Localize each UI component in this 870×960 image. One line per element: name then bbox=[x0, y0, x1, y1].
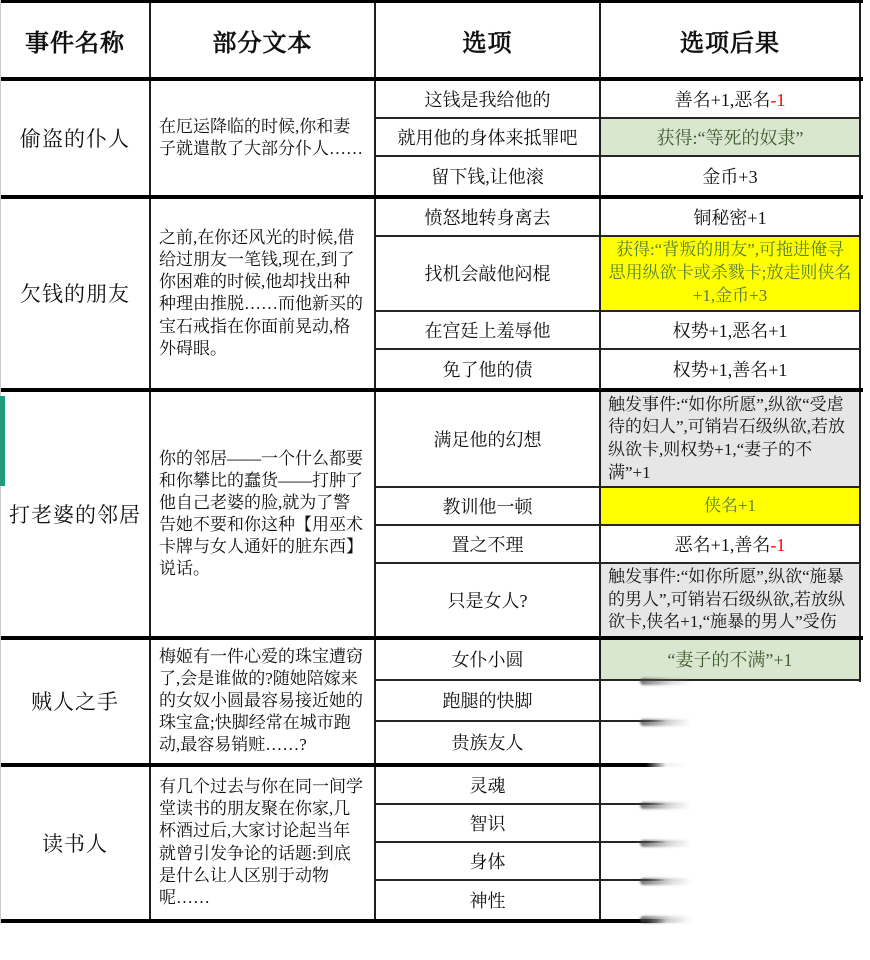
result-cell: 善名+1,恶名-1 bbox=[601, 81, 861, 119]
event-text-cell: 梅姬有一件心爱的珠宝遭窃了,会是谁做的?随她陪嫁来的女奴小圆最容易接近她的珠宝盒… bbox=[151, 640, 376, 762]
option-cell: 就用他的身体来抵罪吧 bbox=[376, 119, 601, 157]
option-cell: 灵魂 bbox=[376, 767, 601, 805]
table-header-row: 事件名称 部分文本 选项 选项后果 bbox=[1, 0, 863, 81]
event-row: 打老婆的邻居你的邻居——一个什么都要和你攀比的蠢货——打肿了他自己老婆的脸,就为… bbox=[1, 392, 863, 640]
event-name-cell: 欠钱的朋友 bbox=[1, 199, 151, 388]
option-cell: 愤怒地转身离去 bbox=[376, 199, 601, 237]
option-cell: 置之不理 bbox=[376, 526, 601, 564]
negative-value: -1 bbox=[770, 90, 785, 110]
event-name-cell: 偷盗的仆人 bbox=[1, 81, 151, 195]
result-cell: 获得:“背叛的朋友”,可拖进俺寻思用纵欲卡或杀戮卡;放走则侠名+1,金币+3 bbox=[601, 237, 861, 312]
result-cell: 恶名+1,善名-1 bbox=[601, 526, 861, 564]
result-cell: 触发事件:“如你所愿”,纵欲“受虐待的妇人”,可销岩石级纵欲,若放纵欲卡,则权势… bbox=[601, 392, 861, 488]
smudge-streak bbox=[640, 916, 692, 923]
event-row: 欠钱的朋友之前,在你还风光的时候,借给过朋友一笔钱,现在,到了你困难的时候,他却… bbox=[1, 199, 863, 392]
event-name-cell: 贼人之手 bbox=[1, 640, 151, 762]
option-cell: 神性 bbox=[376, 881, 601, 919]
header-consequence: 选项后果 bbox=[601, 3, 861, 77]
option-cell: 身体 bbox=[376, 843, 601, 881]
teal-highlight-marker bbox=[0, 396, 5, 486]
option-cell: 在宫廷上羞辱他 bbox=[376, 312, 601, 350]
event-text-cell: 有几个过去与你在同一间学堂读书的朋友聚在你家,几杯酒过后,大家讨论起当年就曾引发… bbox=[151, 767, 376, 919]
event-name-cell: 打老婆的邻居 bbox=[1, 392, 151, 636]
smudge-streak bbox=[640, 840, 692, 847]
option-cell: 只是女人? bbox=[376, 564, 601, 636]
event-text-cell: 之前,在你还风光的时候,借给过朋友一笔钱,现在,到了你困难的时候,他却找出种种理… bbox=[151, 199, 376, 388]
result-cell: 侠名+1 bbox=[601, 488, 861, 526]
header-option: 选项 bbox=[376, 3, 601, 77]
option-cell: 跑腿的快脚 bbox=[376, 681, 601, 722]
header-partial-text: 部分文本 bbox=[151, 3, 376, 77]
option-cell: 贵族友人 bbox=[376, 722, 601, 763]
event-row: 偷盗的仆人在厄运降临的时候,你和妻子就遣散了大部分仆人……这钱是我给他的善名+1… bbox=[1, 81, 863, 199]
option-cell: 满足他的幻想 bbox=[376, 392, 601, 488]
event-text-cell: 在厄运降临的时候,你和妻子就遣散了大部分仆人…… bbox=[151, 81, 376, 195]
option-cell: 找机会敲他闷棍 bbox=[376, 237, 601, 312]
event-text-cell: 你的邻居——一个什么都要和你攀比的蠢货——打肿了他自己老婆的脸,就为了警告她不要… bbox=[151, 392, 376, 636]
option-cell: 智识 bbox=[376, 805, 601, 843]
result-cell: 权势+1,恶名+1 bbox=[601, 312, 861, 350]
option-cell: 教训他一顿 bbox=[376, 488, 601, 526]
result-cell: 触发事件:“如你所愿”,纵欲“施暴的男人”,可销岩石级纵欲,若放纵欲卡,侠名+1… bbox=[601, 564, 861, 636]
result-cell: 权势+1,善名+1 bbox=[601, 350, 861, 388]
option-cell: 留下钱,让他滚 bbox=[376, 157, 601, 195]
option-cell: 这钱是我给他的 bbox=[376, 81, 601, 119]
option-cell: 免了他的债 bbox=[376, 350, 601, 388]
event-name-cell: 读书人 bbox=[1, 767, 151, 919]
result-cell: 铜秘密+1 bbox=[601, 199, 861, 237]
result-cell: “妻子的不满”+1 bbox=[601, 640, 861, 681]
smudge-streak bbox=[640, 719, 692, 726]
header-event-name: 事件名称 bbox=[1, 3, 151, 77]
result-cell: 获得:“等死的奴隶” bbox=[601, 119, 861, 157]
smudge-streak bbox=[640, 678, 692, 685]
smudge-streak bbox=[640, 802, 692, 809]
smudge-streak bbox=[640, 878, 692, 885]
result-cell: 金币+3 bbox=[601, 157, 861, 195]
negative-value: -1 bbox=[770, 535, 785, 555]
option-cell: 女仆小圆 bbox=[376, 640, 601, 681]
